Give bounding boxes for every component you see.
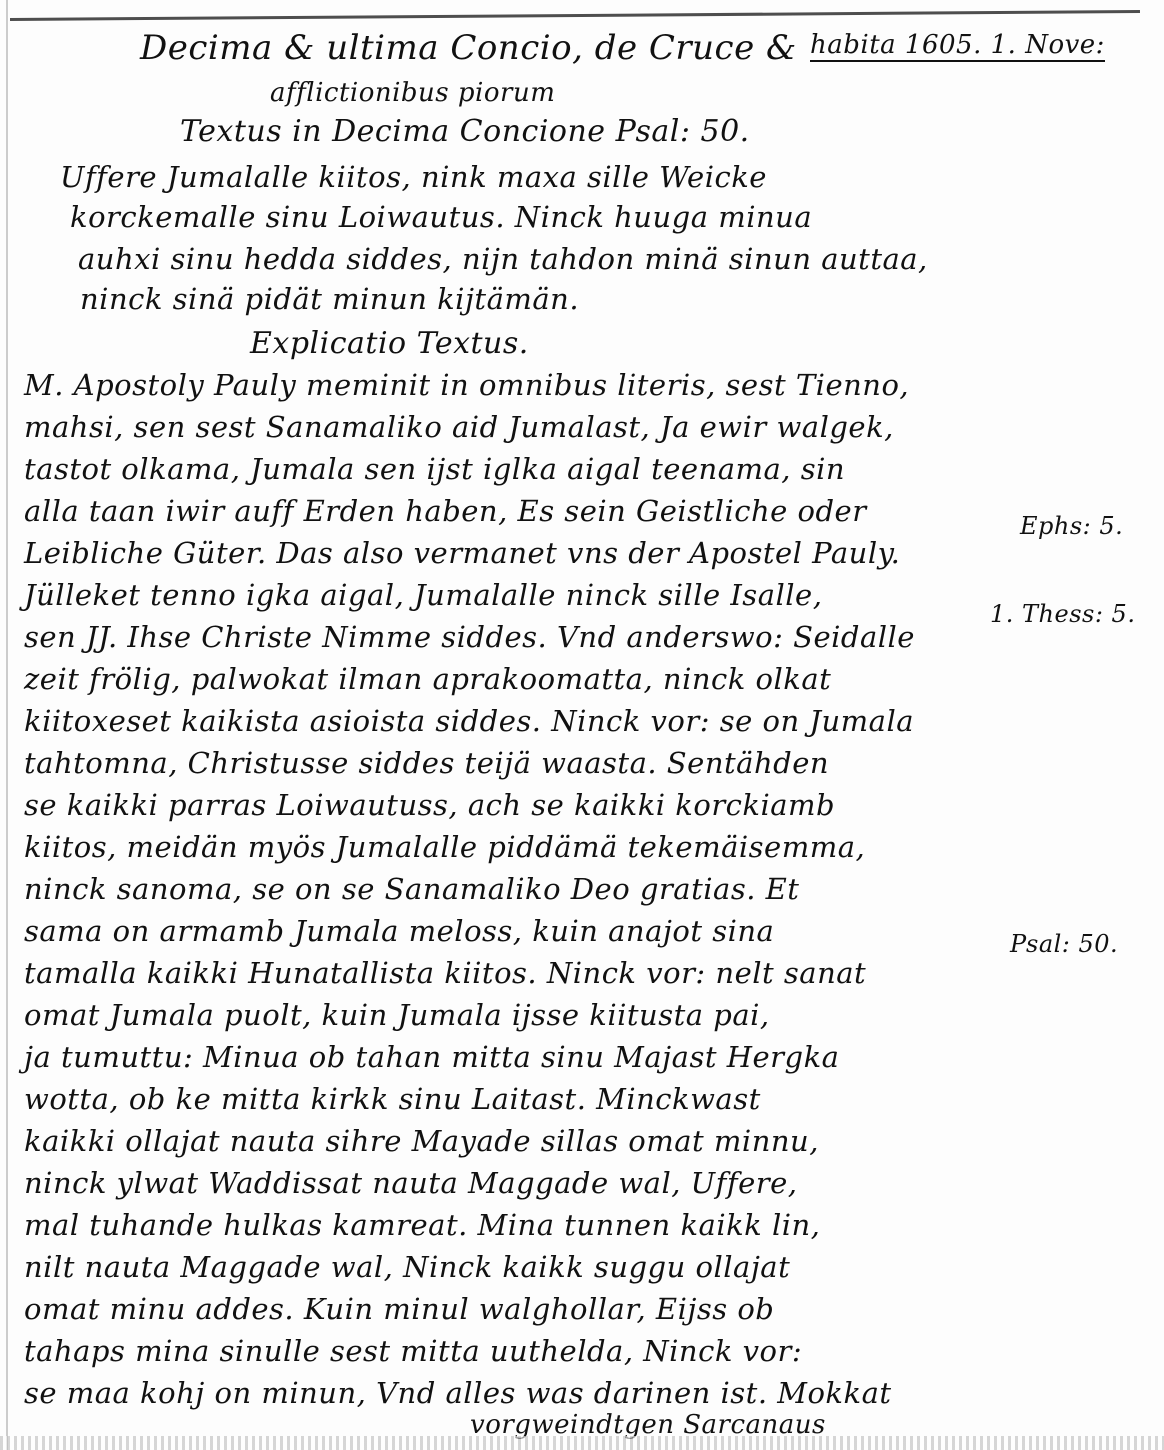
body-line: se maa kohj on minun, Vnd alles was dari… — [24, 1376, 892, 1410]
body-line: ninck ylwat Waddissat nauta Maggade wal,… — [24, 1166, 798, 1200]
body-line: alla taan iwir auff Erden haben, Es sein… — [24, 494, 867, 528]
textus-line: Uffere Jumalalle kiitos, nink maxa sille… — [60, 160, 767, 194]
explicatio-heading: Explicatio Textus. — [250, 326, 529, 361]
document-title: Decima & ultima Concio, de Cruce & — [140, 28, 797, 68]
body-line: kaikki ollajat nauta sihre Mayade sillas… — [24, 1124, 819, 1158]
body-line: zeit frölig, palwokat ilman aprakoomatta… — [24, 662, 831, 696]
manuscript-page: Decima & ultima Concio, de Cruce & habit… — [0, 0, 1164, 1450]
body-line: ninck sanoma, se on se Sanamaliko Deo gr… — [24, 872, 799, 906]
top-border-line — [10, 10, 1140, 21]
body-line: mahsi, sen sest Sanamaliko aid Jumalast,… — [24, 410, 894, 444]
body-line: ja tumuttu: Minua ob tahan mitta sinu Ma… — [24, 1040, 839, 1074]
body-line: kiitoxeset kaikista asioista siddes. Nin… — [24, 704, 914, 738]
body-line: nilt nauta Maggade wal, Ninck kaikk sugg… — [24, 1250, 790, 1284]
textus-line: korckemalle sinu Loiwautus. Ninck huuga … — [70, 200, 812, 234]
body-line: M. Apostoly Pauly meminit in omnibus lit… — [24, 368, 909, 402]
body-line: Leibliche Güter. Das also vermanet vns d… — [24, 536, 900, 570]
margin-note: 1. Thess: 5. — [990, 600, 1135, 628]
textus-line: ninck sinä pidät minun kijtämän. — [80, 282, 579, 316]
body-line: sen JJ. Ihse Christe Nimme siddes. Vnd a… — [24, 620, 915, 654]
body-line: mal tuhande hulkas kamreat. Mina tunnen … — [24, 1208, 820, 1242]
textus-heading: Textus in Decima Concione Psal: 50. — [180, 114, 750, 149]
body-line: sama on armamb Jumala meloss, kuin anajo… — [24, 914, 774, 948]
body-line: wotta, ob ke mitta kirkk sinu Laitast. M… — [24, 1082, 761, 1116]
body-line: tastot olkama, Jumala sen ijst iglka aig… — [24, 452, 845, 486]
body-line: kiitos, meidän myös Jumalalle piddämä te… — [24, 830, 865, 864]
page-bottom-edge — [0, 1436, 1164, 1450]
page-left-edge — [6, 0, 8, 1450]
margin-note: Ephs: 5. — [1020, 512, 1123, 540]
textus-line: auhxi sinu hedda siddes, nijn tahdon min… — [78, 242, 928, 276]
body-line: tahaps mina sinulle sest mitta uuthelda,… — [24, 1334, 802, 1368]
document-subtitle: afflictionibus piorum — [270, 78, 555, 108]
body-line: tamalla kaikki Hunatallista kiitos. Ninc… — [24, 956, 866, 990]
margin-note: Psal: 50. — [1010, 930, 1118, 958]
body-line: tahtomna, Christusse siddes teijä waasta… — [24, 746, 829, 780]
body-line: Jülleket tenno igka aigal, Jumalalle nin… — [24, 578, 822, 612]
body-line: se kaikki parras Loiwautuss, ach se kaik… — [24, 788, 835, 822]
date-note: habita 1605. 1. Nove: — [810, 30, 1105, 62]
body-line: omat minu addes. Kuin minul walghollar, … — [24, 1292, 774, 1326]
body-line: omat Jumala puolt, kuin Jumala ijsse kii… — [24, 998, 770, 1032]
